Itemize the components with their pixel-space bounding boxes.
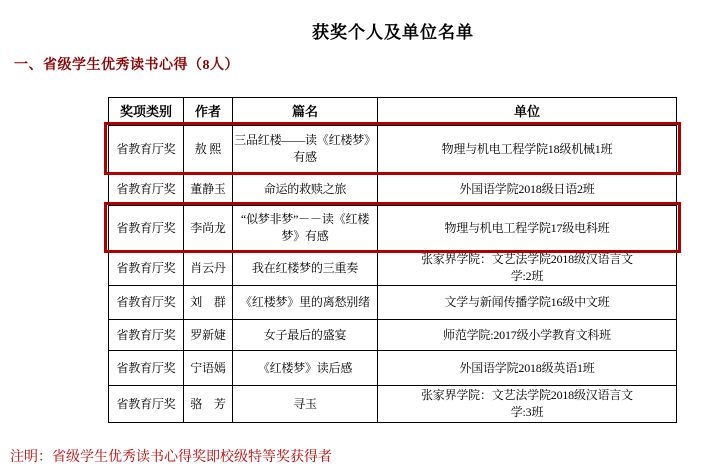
essay-title-cell: 命运的救赎之旅 — [233, 173, 378, 206]
unit-cell: 张家界学院：文艺法学院2018级汉语言文 学:2班 — [378, 251, 677, 286]
unit-cell: 师范学院:2017级小学教育文科班 — [378, 320, 677, 351]
table-row: 省教育厅奖 董静玉 命运的救赎之旅 外国语学院2018级日语2班 — [109, 173, 677, 206]
essay-title-cell: 我在红楼梦的三重奏 — [233, 251, 378, 286]
unit-cell: 物理与机电工程学院18级机械1班 — [378, 126, 677, 173]
unit-cell: 外国语学院2018级日语2班 — [378, 173, 677, 206]
award-category-cell: 省教育厅奖 — [109, 286, 184, 320]
award-category-cell: 省教育厅奖 — [109, 320, 184, 351]
essay-title-cell: 寻玉 — [233, 386, 378, 423]
table-header-row: 奖项类别 作者 篇名 单位 — [109, 98, 677, 126]
table-row: 省教育厅奖 刘 群 《红楼梦》里的离愁别绪 文学与新闻传播学院16级中文班 — [109, 286, 677, 320]
author-cell: 李尚龙 — [184, 206, 233, 251]
header-essay-title: 篇名 — [233, 98, 378, 126]
header-award-category: 奖项类别 — [109, 98, 184, 126]
table-body: 省教育厅奖 敖 熙 三品红楼——读《红楼梦》 有感 物理与机电工程学院18级机械… — [109, 126, 677, 423]
author-cell: 敖 熙 — [184, 126, 233, 173]
author-cell: 骆 芳 — [184, 386, 233, 423]
essay-title-cell: 三品红楼——读《红楼梦》 有感 — [233, 126, 378, 173]
essay-title-cell: 《红楼梦》读后感 — [233, 351, 378, 386]
author-cell: 罗新婕 — [184, 320, 233, 351]
table-row: 省教育厅奖 宁语嫣 《红楼梦》读后感 外国语学院2018级英语1班 — [109, 351, 677, 386]
author-cell: 董静玉 — [184, 173, 233, 206]
table-row: 省教育厅奖 李尚龙 “似梦非梦”－－读《红楼 梦》有感 物理与机电工程学院17级… — [109, 206, 677, 251]
award-category-cell: 省教育厅奖 — [109, 251, 184, 286]
essay-title-cell: 女子最后的盛宴 — [233, 320, 378, 351]
awards-table: 奖项类别 作者 篇名 单位 省教育厅奖 敖 熙 三品红楼——读《红楼梦》 有感 … — [108, 97, 677, 423]
section-heading: 一、省级学生优秀读书心得（8人） — [14, 54, 239, 74]
author-cell: 刘 群 — [184, 286, 233, 320]
award-category-cell: 省教育厅奖 — [109, 351, 184, 386]
table-row: 省教育厅奖 骆 芳 寻玉 张家界学院：文艺法学院2018级汉语言文 学:3班 — [109, 386, 677, 423]
page-title: 获奖个人及单位名单 — [64, 18, 722, 43]
award-category-cell: 省教育厅奖 — [109, 386, 184, 423]
header-unit: 单位 — [378, 98, 677, 126]
table-row: 省教育厅奖 肖云丹 我在红楼梦的三重奏 张家界学院：文艺法学院2018级汉语言文… — [109, 251, 677, 286]
table-row: 省教育厅奖 敖 熙 三品红楼——读《红楼梦》 有感 物理与机电工程学院18级机械… — [109, 126, 677, 173]
unit-cell: 文学与新闻传播学院16级中文班 — [378, 286, 677, 320]
header-author: 作者 — [184, 98, 233, 126]
author-cell: 肖云丹 — [184, 251, 233, 286]
award-category-cell: 省教育厅奖 — [109, 126, 184, 173]
award-category-cell: 省教育厅奖 — [109, 206, 184, 251]
essay-title-cell: 《红楼梦》里的离愁别绪 — [233, 286, 378, 320]
document-page: 获奖个人及单位名单 一、省级学生优秀读书心得（8人） 奖项类别 作者 篇名 单位… — [0, 0, 722, 475]
essay-title-cell: “似梦非梦”－－读《红楼 梦》有感 — [233, 206, 378, 251]
unit-cell: 外国语学院2018级英语1班 — [378, 351, 677, 386]
unit-cell: 张家界学院：文艺法学院2018级汉语言文 学:3班 — [378, 386, 677, 423]
author-cell: 宁语嫣 — [184, 351, 233, 386]
footnote: 注明：省级学生优秀读书心得奖即校级特等奖获得者 — [10, 446, 332, 466]
unit-cell: 物理与机电工程学院17级电科班 — [378, 206, 677, 251]
table-header: 奖项类别 作者 篇名 单位 — [109, 98, 677, 126]
table-row: 省教育厅奖 罗新婕 女子最后的盛宴 师范学院:2017级小学教育文科班 — [109, 320, 677, 351]
award-category-cell: 省教育厅奖 — [109, 173, 184, 206]
